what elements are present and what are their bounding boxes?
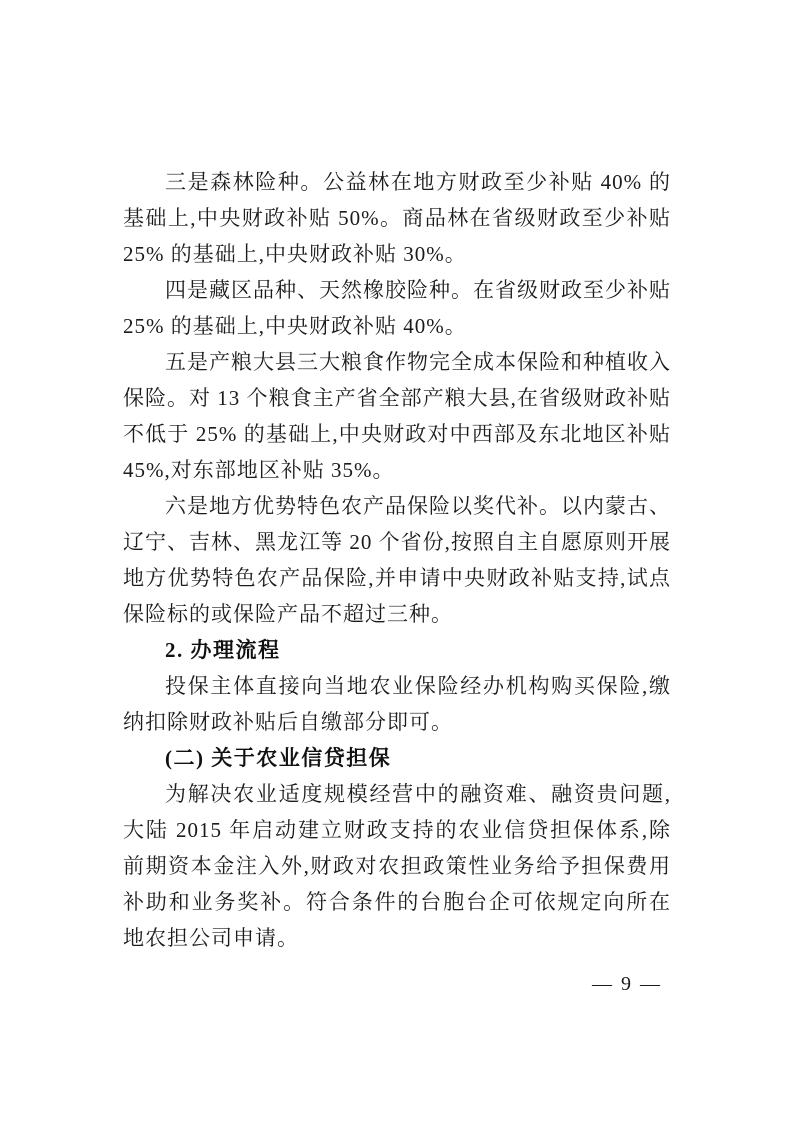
heading-agricultural-credit-guarantee: (二) 关于农业信贷担保 [123, 740, 671, 776]
page-number: — 9 — [592, 972, 662, 996]
paragraph-grain-county-insurance: 五是产粮大县三大粮食作物完全成本保险和种植收入保险。对 13 个粮食主产省全部产… [123, 344, 671, 488]
paragraph-local-specialty-insurance: 六是地方优势特色农产品保险以奖代补。以内蒙古、辽宁、吉林、黑龙江等 20 个省份… [123, 488, 671, 632]
heading-processing-flow: 2. 办理流程 [123, 632, 671, 668]
document-page: 三是森林险种。公益林在地方财政至少补贴 40% 的基础上,中央财政补贴 50%。… [0, 0, 793, 1122]
paragraph-credit-guarantee-description: 为解决农业适度规模经营中的融资难、融资贵问题,大陆 2015 年启动建立财政支持… [123, 776, 671, 956]
paragraph-tibetan-rubber-insurance: 四是藏区品种、天然橡胶险种。在省级财政至少补贴 25% 的基础上,中央财政补贴 … [123, 272, 671, 344]
paragraph-processing-flow-description: 投保主体直接向当地农业保险经办机构购买保险,缴纳扣除财政补贴后自缴部分即可。 [123, 668, 671, 740]
paragraph-forest-insurance: 三是森林险种。公益林在地方财政至少补贴 40% 的基础上,中央财政补贴 50%。… [123, 164, 671, 272]
document-body: 三是森林险种。公益林在地方财政至少补贴 40% 的基础上,中央财政补贴 50%。… [123, 164, 671, 956]
